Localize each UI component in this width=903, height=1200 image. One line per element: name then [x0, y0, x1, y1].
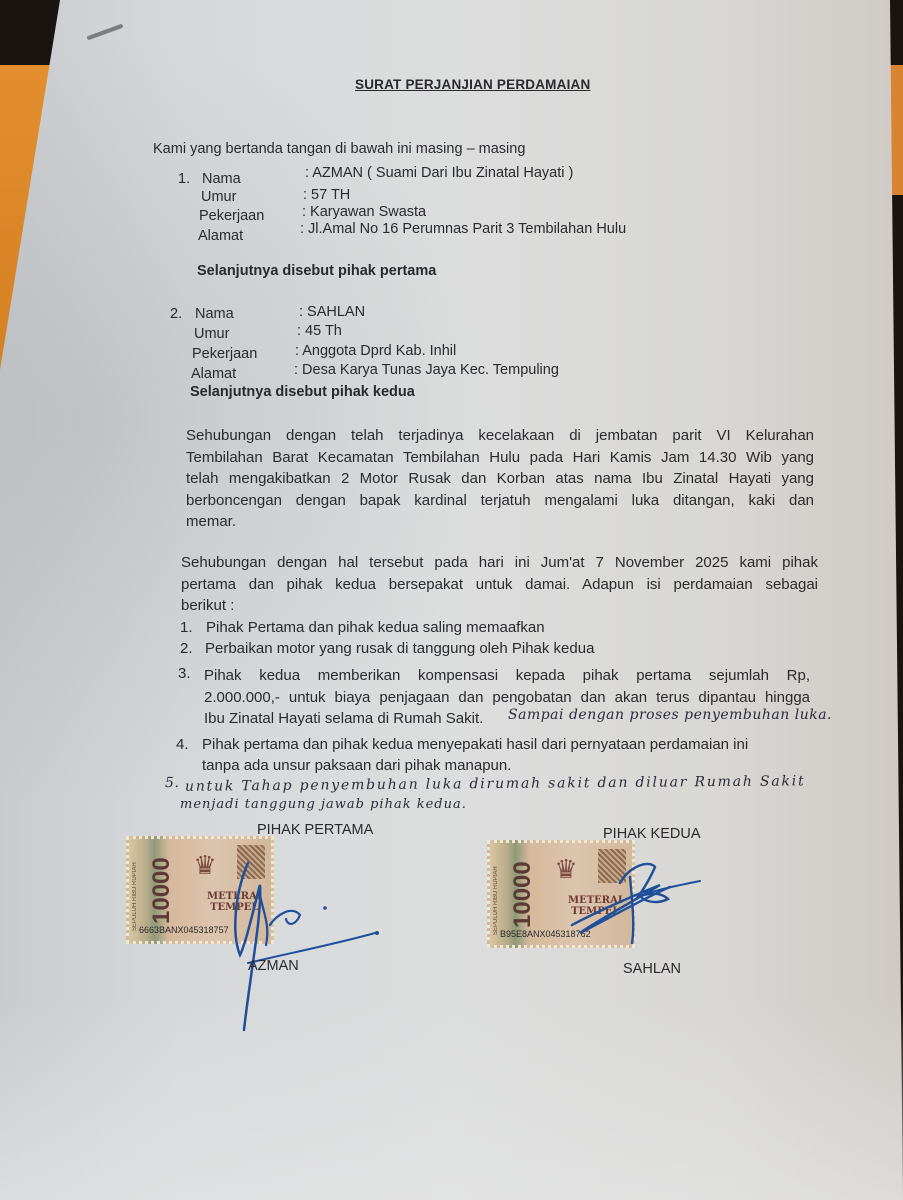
- incident-paragraph: Sehubungan dengan telah terjadinya kecel…: [186, 425, 814, 533]
- stamp-side-text: SEPULUH RIBU RUPIAH: [493, 855, 505, 935]
- party1-label-umur: Umur: [201, 189, 236, 205]
- term-1-number: 1.: [180, 619, 193, 636]
- party2-number: 2.: [170, 306, 182, 322]
- paragraph-line: berboncengan dengan bapak kardinal terja…: [186, 490, 814, 512]
- stamp-denomination: 10000: [147, 851, 177, 931]
- stamp-side-text: SEPULUH RIBU RUPIAH: [132, 851, 144, 931]
- party2-signature: [560, 855, 710, 955]
- party1-label-nama: Nama: [202, 171, 241, 187]
- term-4-line-2: tanpa ada unsur paksaan dari pihak manap…: [202, 757, 511, 774]
- garuda-emblem-icon: ♛: [189, 847, 221, 883]
- term-line: Pihak kedua memberikan kompensasi kepada…: [204, 665, 810, 687]
- paragraph-line: telah mengakibatkan 2 Motor Rusak dan Ko…: [186, 468, 814, 490]
- term-2-text: Perbaikan motor yang rusak di tanggung o…: [205, 640, 594, 657]
- party1-label-pekerjaan: Pekerjaan: [199, 208, 264, 224]
- term-line: 2.000.000,- untuk biaya penjagaan dan pe…: [204, 687, 810, 709]
- party2-signatory-name: SAHLAN: [623, 961, 681, 977]
- stamp-denomination: 10000: [508, 855, 538, 935]
- party1-value-alamat: : Jl.Amal No 16 Perumnas Parit 3 Tembila…: [300, 221, 626, 237]
- party2-designation: Selanjutnya disebut pihak kedua: [190, 384, 415, 400]
- term-2-number: 2.: [180, 640, 193, 657]
- paragraph-line: berikut :: [181, 595, 818, 617]
- party2-value-umur: : 45 Th: [297, 323, 342, 339]
- party2-value-nama: : SAHLAN: [299, 304, 365, 320]
- party1-number: 1.: [178, 171, 190, 187]
- paper-shading: [0, 1000, 903, 1200]
- paragraph-line: Sehubungan dengan hal tersebut pada hari…: [181, 552, 818, 574]
- party1-signature-heading: PIHAK PERTAMA: [257, 822, 373, 838]
- party2-label-pekerjaan: Pekerjaan: [192, 346, 257, 362]
- party2-value-alamat: : Desa Karya Tunas Jaya Kec. Tempuling: [294, 362, 559, 378]
- paragraph-line: memar.: [186, 511, 814, 533]
- term-3-number: 3.: [178, 665, 191, 682]
- party1-value-umur: : 57 TH: [303, 187, 350, 203]
- term-4-line-1: Pihak pertama dan pihak kedua menyepakat…: [202, 736, 748, 753]
- handwritten-term-5-line-2: menjadi tanggung jawab pihak kedua.: [180, 797, 467, 812]
- handwritten-addition-term-3: Sampai dengan proses penyembuhan luka.: [508, 707, 832, 723]
- party1-signature: [230, 855, 390, 1035]
- party1-designation: Selanjutnya disebut pihak pertama: [197, 263, 436, 279]
- party1-label-alamat: Alamat: [198, 228, 243, 244]
- paragraph-line: Tembilahan Barat Kecamatan Tembilahan Hu…: [186, 447, 814, 469]
- party2-label-nama: Nama: [195, 306, 234, 322]
- party1-signatory-name: AZMAN: [248, 958, 299, 974]
- party2-label-alamat: Alamat: [191, 366, 236, 382]
- party2-label-umur: Umur: [194, 326, 229, 342]
- paragraph-line: Sehubungan dengan telah terjadinya kecel…: [186, 425, 814, 447]
- handwritten-term-5-number: 5.: [165, 775, 179, 791]
- paragraph-line: pertama dan pihak kedua bersepakat untuk…: [181, 574, 818, 596]
- party1-value-nama: : AZMAN ( Suami Dari Ibu Zinatal Hayati …: [305, 165, 573, 181]
- party2-value-pekerjaan: : Anggota Dprd Kab. Inhil: [295, 343, 456, 359]
- intro-text: Kami yang bertanda tangan di bawah ini m…: [153, 141, 525, 157]
- agreement-paragraph: Sehubungan dengan hal tersebut pada hari…: [181, 552, 818, 617]
- document-title: SURAT PERJANJIAN PERDAMAIAN: [355, 77, 590, 92]
- stamp-serial: 6663BANX045318757: [139, 925, 229, 935]
- term-1-text: Pihak Pertama dan pihak kedua saling mem…: [206, 619, 545, 636]
- party1-value-pekerjaan: : Karyawan Swasta: [302, 204, 426, 220]
- term-4-number: 4.: [176, 736, 189, 753]
